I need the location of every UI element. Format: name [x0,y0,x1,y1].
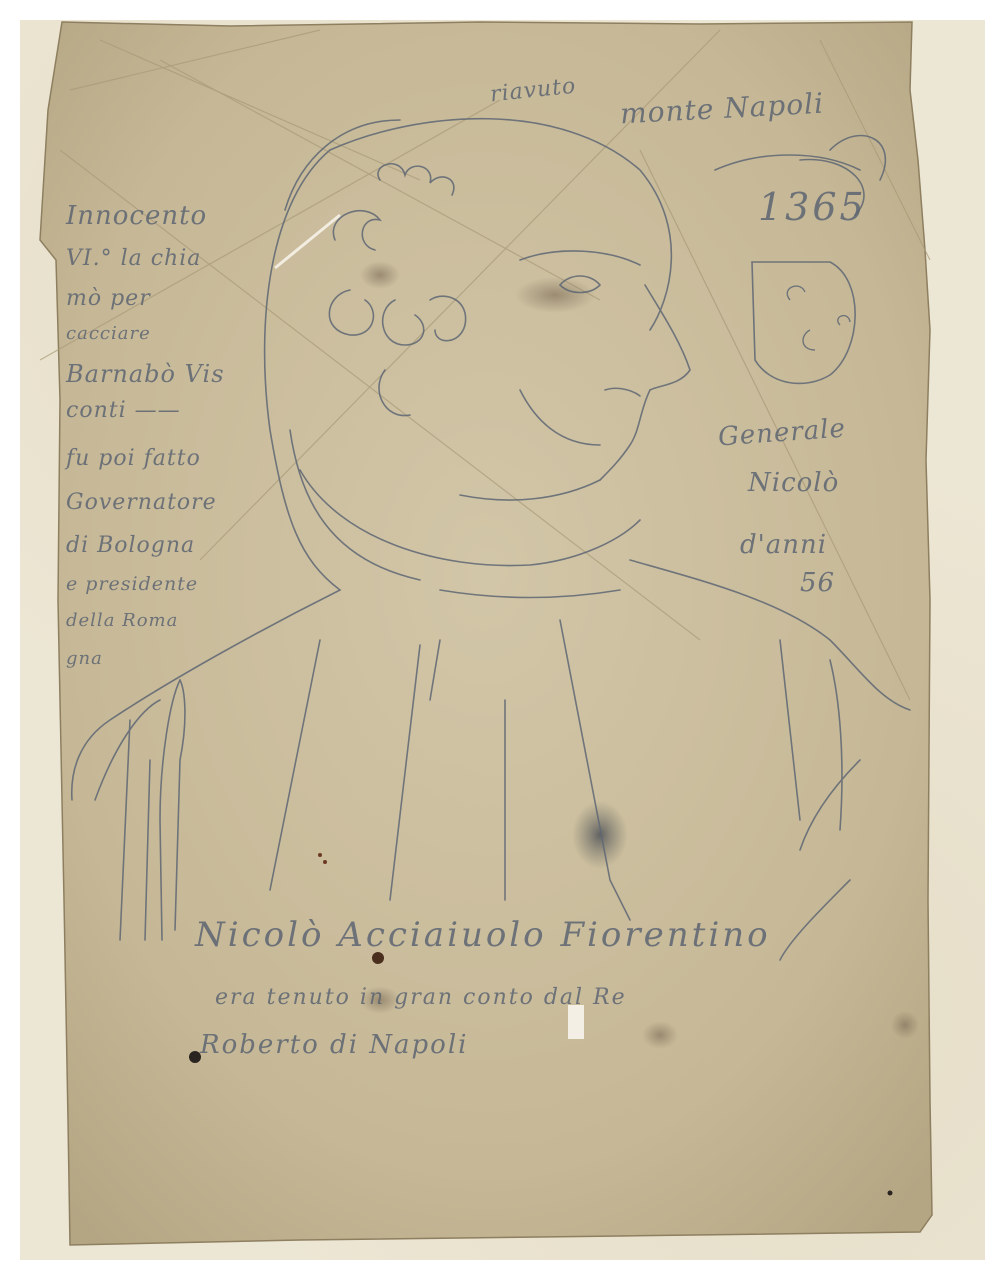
inscription-date: 1365 [758,185,867,229]
margin-note-line: della Roma [66,612,178,630]
caption-title: Nicolò Acciaiuolo Fiorentino [195,915,771,955]
right-note-line: Nicolò [748,468,839,498]
margin-note-line: gna [66,650,103,668]
margin-note-line: mò per [66,288,151,310]
margin-note-line: Barnabò Vis [66,362,225,386]
margin-note-line: e presidente [66,575,198,594]
right-note-line: 56 [800,568,835,598]
drawing-sheet: riavuto monte Napoli 1365 Innocento VI.°… [0,0,1001,1280]
margin-note-line: fu poi fatto [66,448,201,470]
caption-line: Roberto di Napoli [200,1030,468,1060]
margin-note-line: di Bologna [66,535,195,557]
margin-note-line: conti —— [66,400,181,422]
margin-note-line: Governatore [66,492,217,514]
caption-line: era tenuto in gran conto dal Re [215,985,627,1010]
margin-note-line: cacciare [66,325,151,343]
margin-note-line: Innocento [66,203,207,229]
right-note-line: d'anni [740,530,827,560]
margin-note-line: VI.° la chia [66,248,201,270]
